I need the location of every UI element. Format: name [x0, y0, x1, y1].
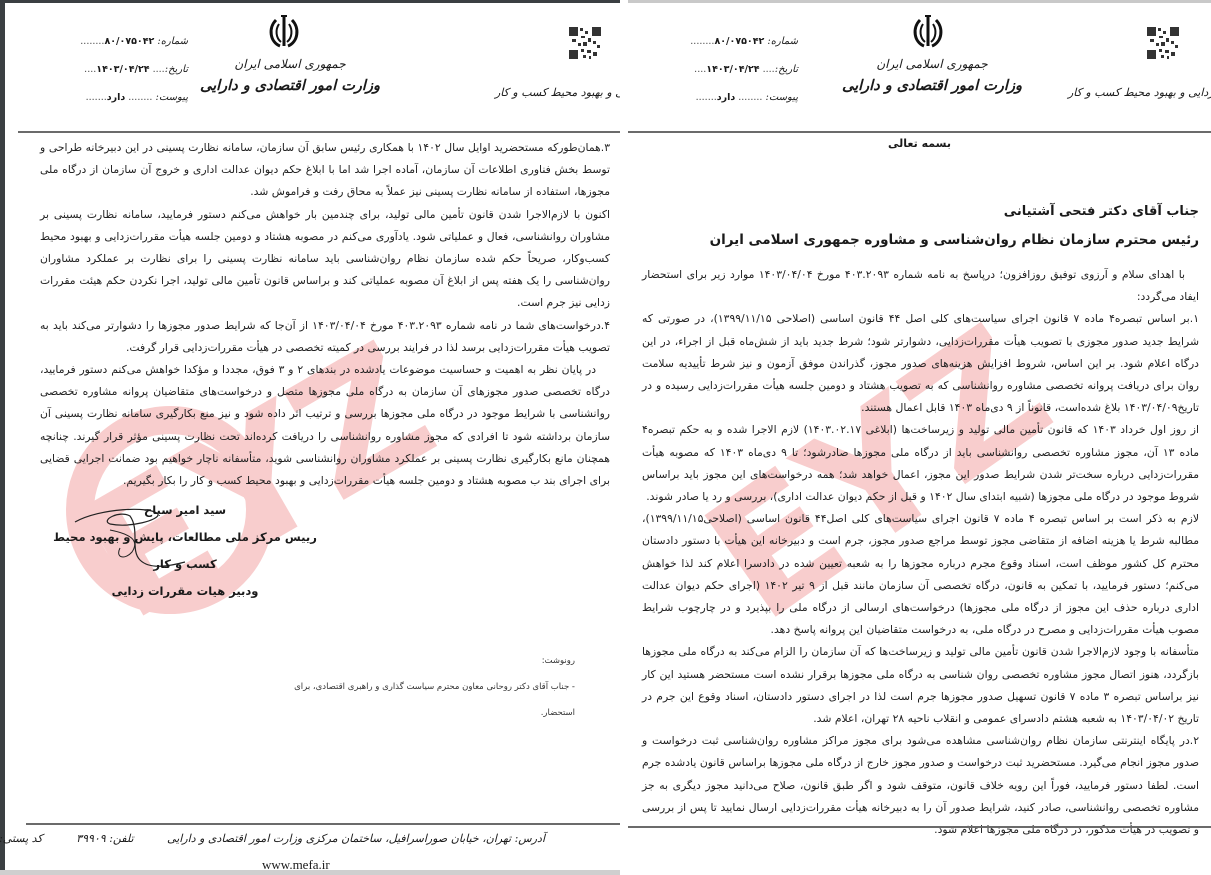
signer-name: سید امیر سیاح	[50, 497, 320, 524]
paragraph-1-legal-note: لازم به ذکر است بر اساس تبصره ۴ ماده ۷ ق…	[642, 508, 1199, 641]
header-divider	[628, 131, 1211, 133]
letter-number-value: ۸۰/۰۷۵۰۴۲	[104, 36, 154, 47]
letter-number-value: ۸۰/۰۷۵۰۴۲	[714, 36, 764, 47]
page-gutter	[620, 0, 628, 875]
org-name: هیات مقررات زدایی و بهبود محیط کسب و کار	[1068, 86, 1211, 99]
letter-attachment-label: پیوست:	[155, 92, 188, 103]
paragraph-2: ۲.در پایگاه اینترنتی سازمان نظام روان‌شن…	[642, 730, 1199, 841]
letter-number-label: شماره:	[767, 36, 798, 47]
ministry-name: وزارت امور اقتصادی و دارایی	[842, 74, 1022, 98]
letterhead-title: جمهوری اسلامی ایران وزارت امور اقتصادی و…	[200, 54, 380, 98]
letterhead-page-1: شماره: ۸۰/۰۷۵۰۴۲........ تاریخ:.... ۱۴۰۳…	[628, 0, 1211, 132]
letter-date-row: تاریخ:.... ۱۴۰۳/۰۴/۲۴....	[648, 56, 798, 84]
country-name: جمهوری اسلامی ایران	[200, 54, 380, 74]
letter-number-label: شماره:	[157, 36, 188, 47]
header-divider	[18, 131, 620, 133]
iran-emblem-icon	[908, 12, 948, 52]
letterhead-title: جمهوری اسلامی ایران وزارت امور اقتصادی و…	[842, 54, 1022, 98]
letter-meta-page-1: شماره: ۸۰/۰۷۵۰۴۲........ تاریخ:.... ۱۴۰۳…	[648, 28, 798, 112]
addressee-title: رئیس محترم سازمان نظام روان‌شناسی و مشاو…	[710, 226, 1199, 254]
letter-date-value: ۱۴۰۳/۰۴/۲۴	[96, 64, 149, 75]
letter-meta: شماره: ۸۰/۰۷۵۰۴۲........ تاریخ:.... ۱۴۰۳…	[38, 28, 188, 112]
signer-title-2: ودبیر هیات مقررات زدایی	[50, 578, 320, 605]
cc-recipient: - جناب آقای دکتر روحانی معاون محترم سیاس…	[280, 674, 575, 726]
letter-page-2: شماره: ۸۰/۰۷۵۰۴۲........ تاریخ:.... ۱۴۰۳…	[0, 0, 620, 875]
letter-date-value: ۱۴۰۳/۰۴/۲۴	[706, 64, 759, 75]
cc-label: رونوشت:	[280, 648, 575, 674]
paragraph-closing: در پایان نظر به اهمیت و حساسیت موضوعات ی…	[40, 359, 610, 492]
footer-address: آدرس: تهران، خیابان صوراسرافیل، ساختمان …	[167, 832, 545, 845]
letter-date-label: تاریخ:	[775, 64, 798, 75]
country-name: جمهوری اسلامی ایران	[842, 54, 1022, 74]
letter-attachment-label: پیوست:	[765, 92, 798, 103]
addressee-name: جناب آقای دکتر فتحی آشتیانی	[710, 198, 1199, 226]
bismillah-heading: بسمه تعالی	[628, 137, 1211, 150]
letter-number-row: شماره: ۸۰/۰۷۵۰۴۲........	[648, 28, 798, 56]
addressee-block: جناب آقای دکتر فتحی آشتیانی رئیس محترم س…	[710, 198, 1199, 254]
paragraph-1: ۱.بر اساس تبصره۴ ماده ۷ قانون اجرای سیاس…	[642, 308, 1199, 419]
letter-attachment-value: دارد	[107, 92, 125, 103]
footer-divider	[628, 826, 1211, 828]
paragraph-1-continued: از روز اول خرداد ۱۴۰۳ که قانون تأمین مال…	[642, 419, 1199, 508]
qr-code-icon	[568, 26, 602, 60]
letterhead: شماره: ۸۰/۰۷۵۰۴۲........ تاریخ:.... ۱۴۰۳…	[0, 0, 620, 132]
greeting-paragraph: با اهدای سلام و آرزوی توفیق روزافزون؛ در…	[642, 264, 1199, 308]
footer-divider	[26, 823, 620, 825]
signer-title: رییس مرکز ملی مطالعات، پایش و بهبود محیط…	[50, 524, 320, 578]
letter-attachment-value: دارد	[717, 92, 735, 103]
letter-attachment-row: پیوست: ........ دارد.......	[38, 84, 188, 112]
footer-phone: تلفن: ۳۹۹۰۹	[76, 832, 133, 845]
iran-emblem-icon	[264, 12, 304, 52]
letter-page-1: شماره: ۸۰/۰۷۵۰۴۲........ تاریخ:.... ۱۴۰۳…	[628, 0, 1211, 875]
paragraph-3: ۳.همان‌طورکه مستحضرید اوایل سال ۱۴۰۲ با …	[40, 137, 610, 204]
paragraph-3-request: اکنون با لازم‌الاجرا شدن قانون تأمین مال…	[40, 204, 610, 315]
letter-date-row: تاریخ:.... ۱۴۰۳/۰۴/۲۴....	[38, 56, 188, 84]
signature-block: سید امیر سیاح رییس مرکز ملی مطالعات، پای…	[50, 497, 320, 605]
org-name: هیات مقررات زدایی و بهبود محیط کسب و کار	[495, 86, 620, 99]
viewer-frame-bottom	[0, 870, 620, 875]
paragraph-4: ۴.درخواست‌های شما در نامه شماره ۴۰۳.۲۰۹۳…	[40, 315, 610, 359]
paragraph-1-complaint: متأسفانه با وجود لازم‌الاجرا شدن قانون ت…	[642, 641, 1199, 730]
footer-postal-code: کد پستی: ۱۱۱۴۹۴۳۶۶۱	[0, 832, 43, 845]
letter-body-continued: ۳.همان‌طورکه مستحضرید اوایل سال ۱۴۰۲ با …	[40, 137, 610, 492]
ministry-name: وزارت امور اقتصادی و دارایی	[200, 74, 380, 98]
letter-attachment-row: پیوست: ........ دارد.......	[648, 84, 798, 112]
cc-block: رونوشت: - جناب آقای دکتر روحانی معاون مح…	[280, 648, 575, 726]
letter-number-row: شماره: ۸۰/۰۷۵۰۴۲........	[38, 28, 188, 56]
footer-contact: آدرس: تهران، خیابان صوراسرافیل، ساختمان …	[0, 832, 545, 845]
letter-body: با اهدای سلام و آرزوی توفیق روزافزون؛ در…	[642, 264, 1199, 841]
qr-code-icon	[1146, 26, 1180, 60]
letter-date-label: تاریخ:	[165, 64, 188, 75]
